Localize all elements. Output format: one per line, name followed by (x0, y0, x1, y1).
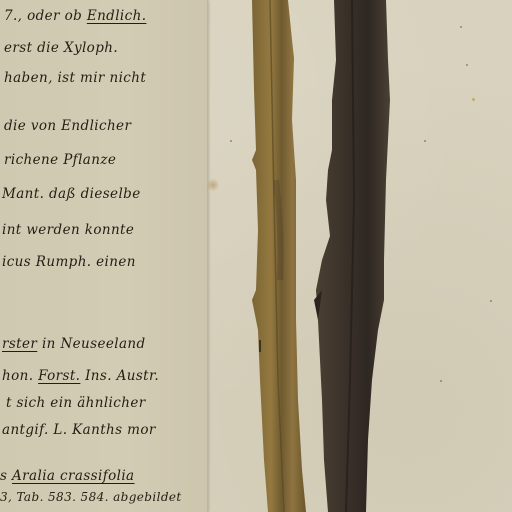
paper-speck (490, 300, 492, 302)
label-line-7: int werden konnte (2, 222, 134, 238)
label-line-9: rster in Neuseeland (2, 336, 146, 352)
label-line-3: haben, ist mir nicht (4, 70, 146, 86)
label-line-12: antgif. L. Kanths mor (2, 422, 156, 438)
leaf-blade-right (312, 0, 392, 512)
label-line-5: richene Pflanze (4, 152, 116, 168)
paper-speck (466, 64, 468, 66)
label-line-1: 7., oder ob Endlich. (4, 8, 146, 24)
label-line-2: erst die Xyloph. (4, 40, 118, 56)
paper-speck (230, 140, 232, 142)
label-line-13: s Aralia crassifolia (0, 468, 135, 484)
paper-speck (472, 98, 475, 101)
handwritten-label: 7., oder ob Endlich. erst die Xyloph. ha… (0, 0, 208, 512)
paper-speck (440, 380, 442, 382)
herbarium-sheet: 7., oder ob Endlich. erst die Xyloph. ha… (0, 0, 512, 512)
label-line-6: Mant. daß dieselbe (2, 186, 141, 202)
paper-speck (424, 140, 426, 142)
label-line-10: hon. Forst. Ins. Austr. (2, 368, 159, 384)
label-line-14: 3, Tab. 583. 584. abgebildet (0, 490, 182, 504)
leaf-blade-left (250, 0, 320, 512)
label-line-4: die von Endlicher (4, 118, 131, 134)
label-line-11: t sich ein ähnlicher (6, 395, 146, 411)
label-line-8: icus Rumph. einen (2, 254, 136, 270)
paper-stain (207, 178, 219, 192)
paper-speck (460, 26, 462, 28)
